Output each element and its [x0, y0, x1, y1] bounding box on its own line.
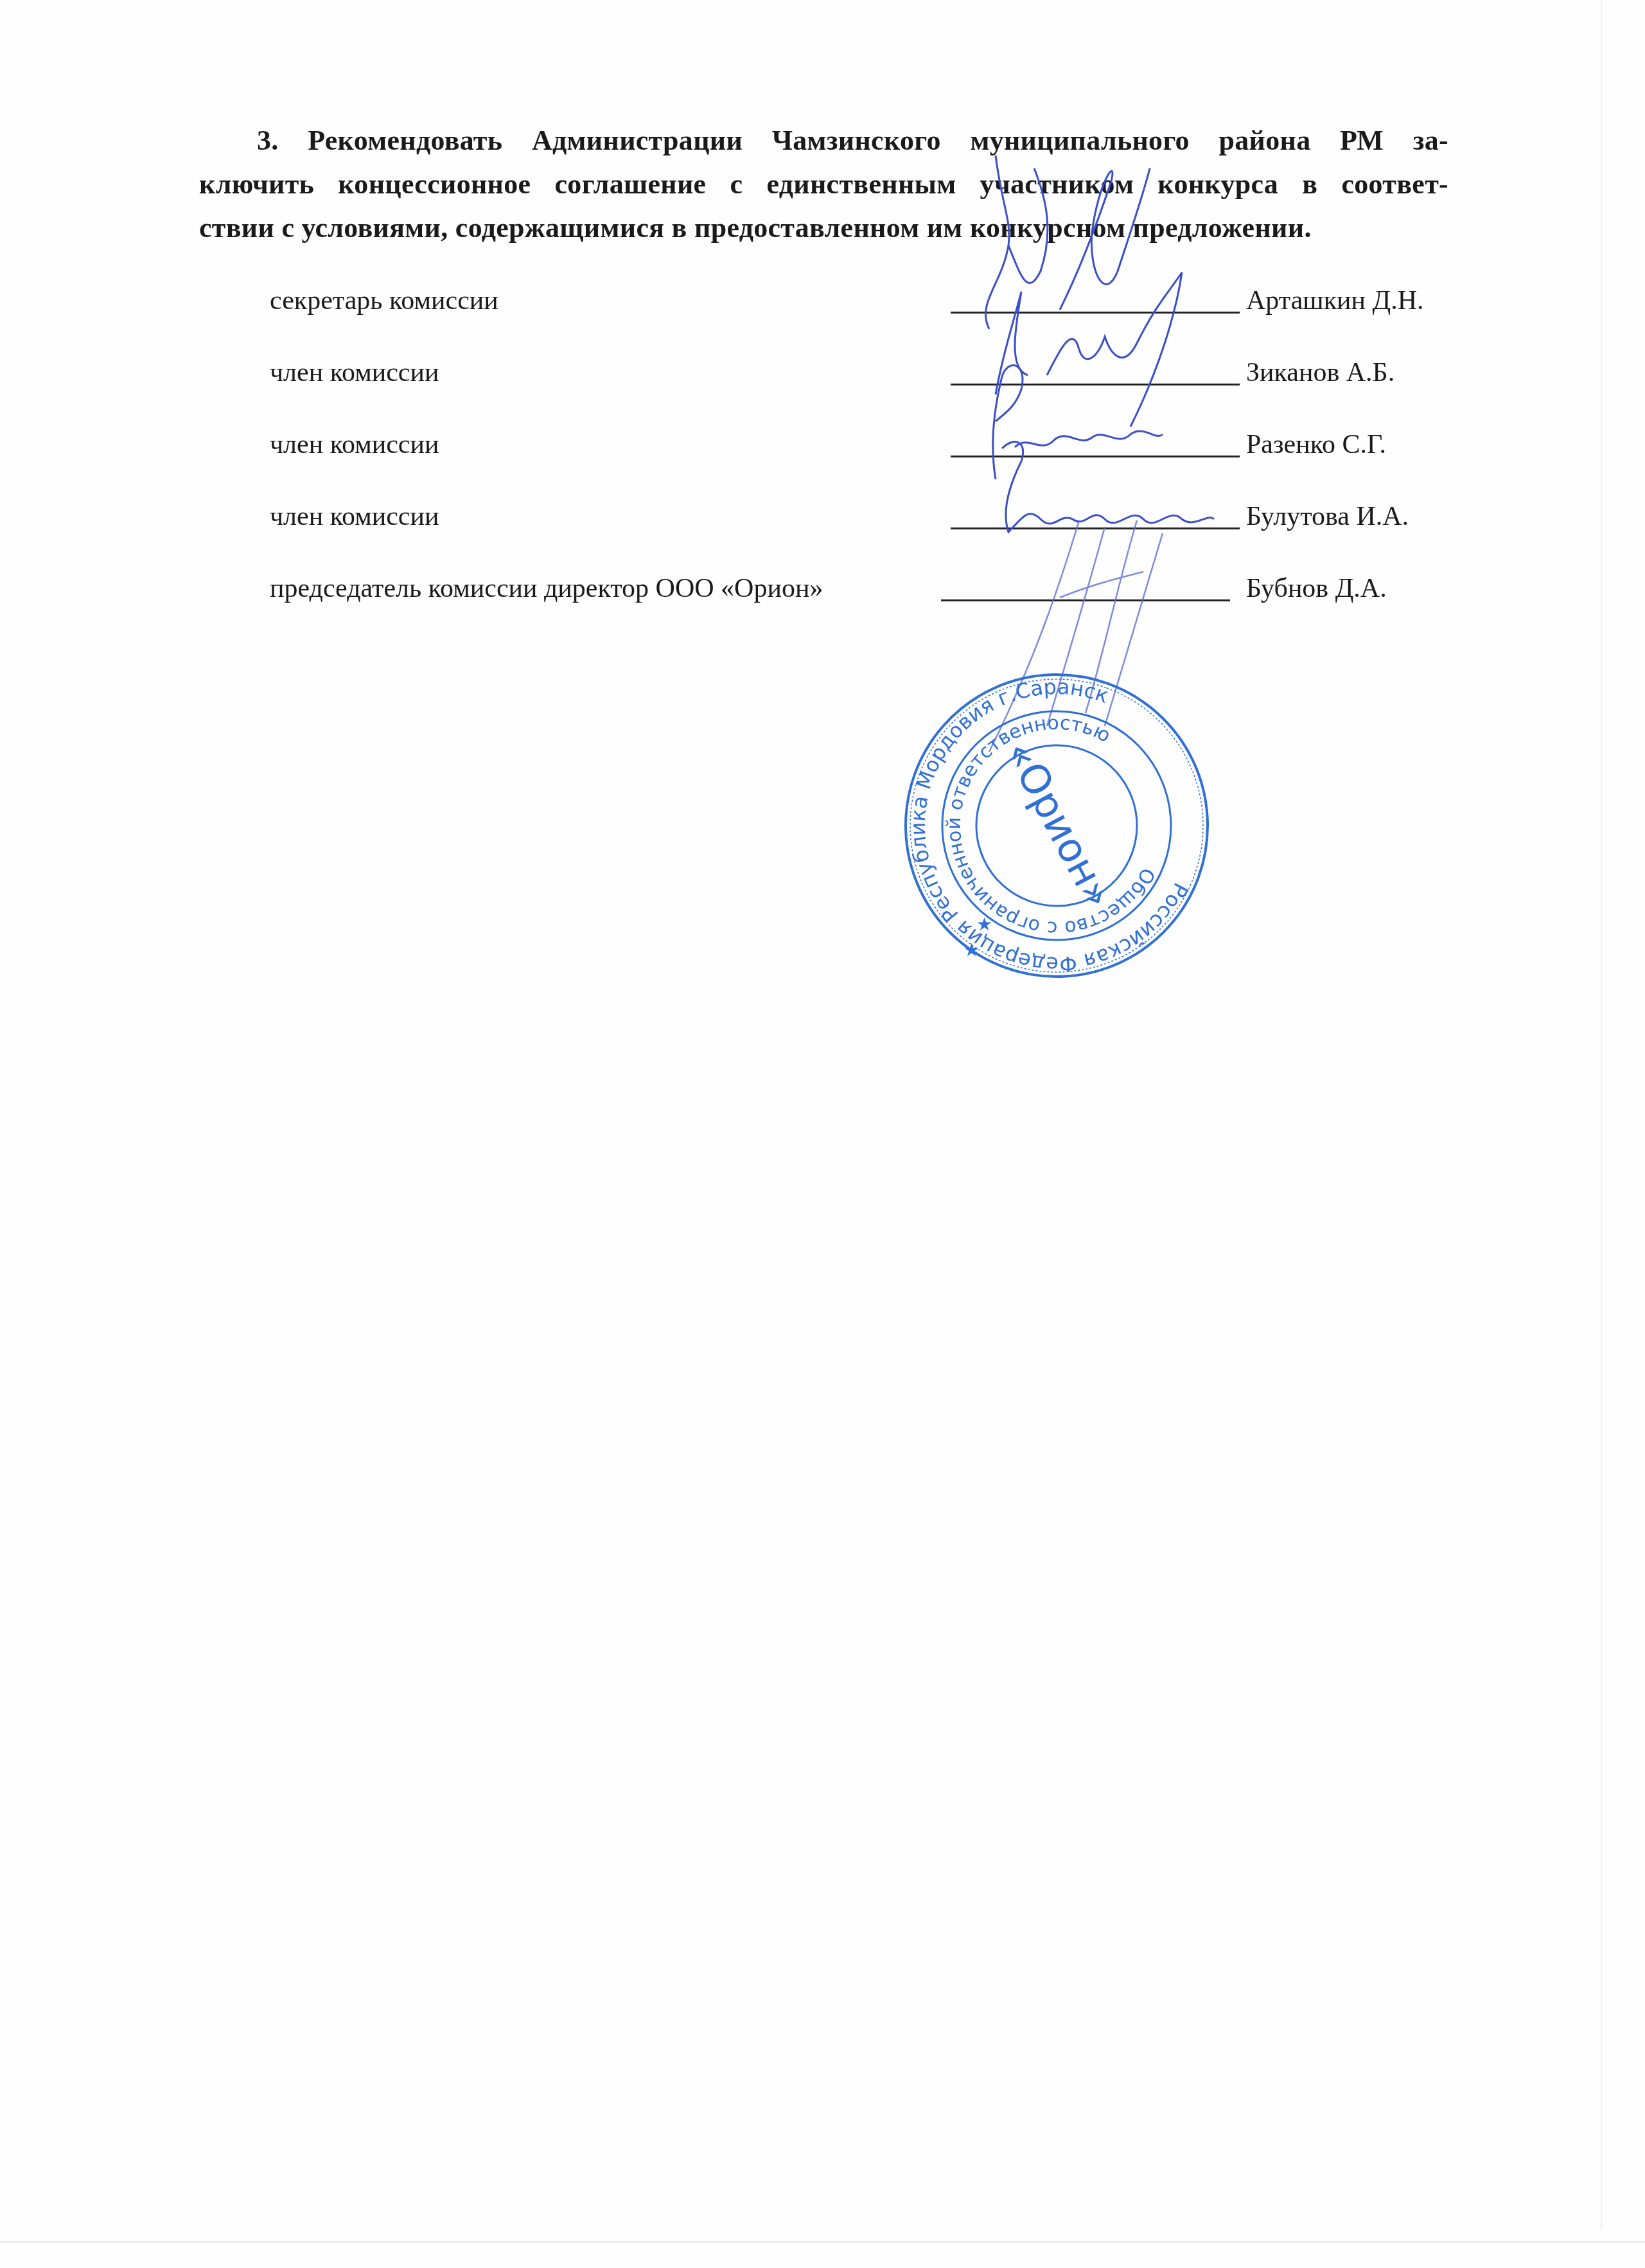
signature-line [951, 456, 1240, 457]
signatory-name: Зиканов А.Б. [1246, 357, 1394, 388]
signatory-name: Разенко С.Г. [1246, 429, 1386, 460]
paragraph-line: ключить концессионное соглашение с единс… [199, 163, 1448, 206]
star-icon: ★ [963, 941, 980, 961]
signature-row-member-1: член комиссии Зиканов А.Б. [270, 350, 1490, 388]
signature-line [951, 527, 1240, 529]
scan-edge-bottom [0, 2241, 1645, 2243]
scan-edge-right [1601, 0, 1602, 2229]
signature-line [951, 312, 1240, 314]
signature-role: член комиссии [270, 429, 439, 460]
resolution-paragraph: 3. Рекомендовать Администрации Чамзинско… [199, 119, 1448, 250]
signature-row-member-3: член комиссии Булутова И.А. [270, 493, 1490, 532]
signature-row-member-2: член комиссии Разенко С.Г. [270, 421, 1490, 460]
company-seal-stamp: Российская Федерация Республика Мордовия… [899, 668, 1214, 983]
signature-row-chairman: председатель комиссии директор ООО «Орио… [270, 565, 1490, 604]
paragraph-line: ствии с условиями, содержащимися в предо… [199, 206, 1448, 250]
paragraph-line: 3. Рекомендовать Администрации Чамзинско… [199, 119, 1448, 163]
star-icon: ★ [976, 915, 992, 935]
signatory-name: Булутова И.А. [1246, 501, 1409, 532]
signatory-name: Бубнов Д.А. [1246, 573, 1387, 604]
signature-line [951, 384, 1240, 385]
signature-row-secretary: секретарь комиссии Арташкин Д.Н. [270, 278, 1490, 316]
signature-role: член комиссии [270, 357, 439, 388]
signature-role: секретарь комиссии [270, 285, 498, 316]
signature-role: член комиссии [270, 501, 439, 532]
signature-line [941, 599, 1230, 601]
signature-role: председатель комиссии директор ООО «Орио… [270, 573, 823, 604]
signatory-name: Арташкин Д.Н. [1246, 285, 1423, 316]
